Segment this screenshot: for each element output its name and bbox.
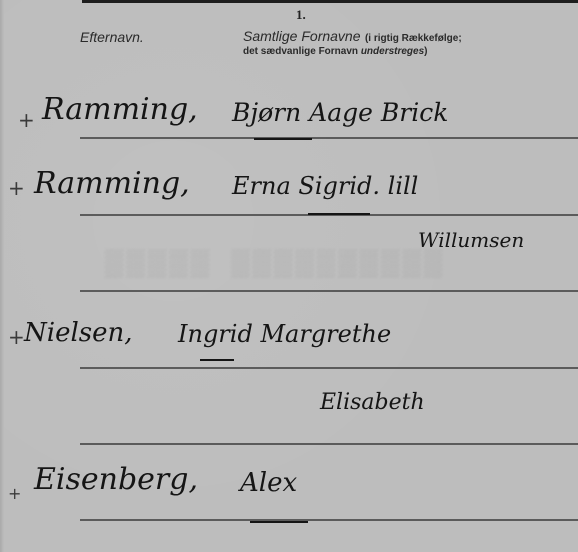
entry-given-names: Alex (240, 468, 297, 498)
scanned-register-page: 1. Efternavn. Samtlige Fornavne (i rigti… (0, 0, 578, 552)
entry-given-names: Ingrid Margrethe (178, 320, 391, 348)
note-paren: ) (424, 46, 427, 57)
entry-mark: + (8, 325, 25, 349)
given-name-underline (254, 138, 312, 140)
entry-mark: + (18, 108, 35, 132)
entry-mark: + (8, 176, 25, 200)
entry-surname: Nielsen, (24, 318, 133, 348)
column-number: 1. (296, 7, 306, 23)
entry-given-names: Erna Sigrid. lill (232, 172, 418, 200)
entry-given-names-cont: Elisabeth (320, 390, 425, 415)
header-given-note: (i rigtig Rækkefølge; (365, 33, 462, 44)
header-surname: Efternavn. (80, 29, 144, 45)
entry-given-names-cont: Willumsen (418, 228, 524, 252)
note-italic: understreges (361, 46, 424, 57)
given-name-underline (200, 359, 234, 361)
top-border-rule (82, 0, 578, 3)
header-given-names: Samtlige Fornavne (i rigtig Rækkefølge; … (243, 29, 578, 59)
header-given-note-line2: det sædvanlige Fornavn understreges) (243, 44, 578, 59)
given-name-underline (308, 213, 370, 215)
ruled-line (80, 137, 578, 139)
given-name-underline (250, 521, 308, 523)
entry-surname: Ramming, (34, 166, 190, 201)
entry-given-names: Bjørn Aage Brick (232, 98, 448, 127)
entry-mark: + (8, 484, 21, 503)
ruled-line (80, 290, 578, 292)
ruled-line (80, 443, 578, 445)
entry-surname: Ramming, (42, 92, 198, 127)
ruled-line (80, 519, 578, 521)
scan-edge (0, 0, 4, 552)
ruled-line (80, 367, 578, 369)
bleed-through-text: ▒▒▒▒▒ ▒▒▒▒▒▒▒▒▒▒ (105, 248, 445, 278)
header-given-main: Samtlige Fornavne (243, 28, 361, 44)
note-text: det sædvanlige Fornavn (243, 46, 361, 57)
entry-surname: Eisenberg, (34, 462, 198, 497)
